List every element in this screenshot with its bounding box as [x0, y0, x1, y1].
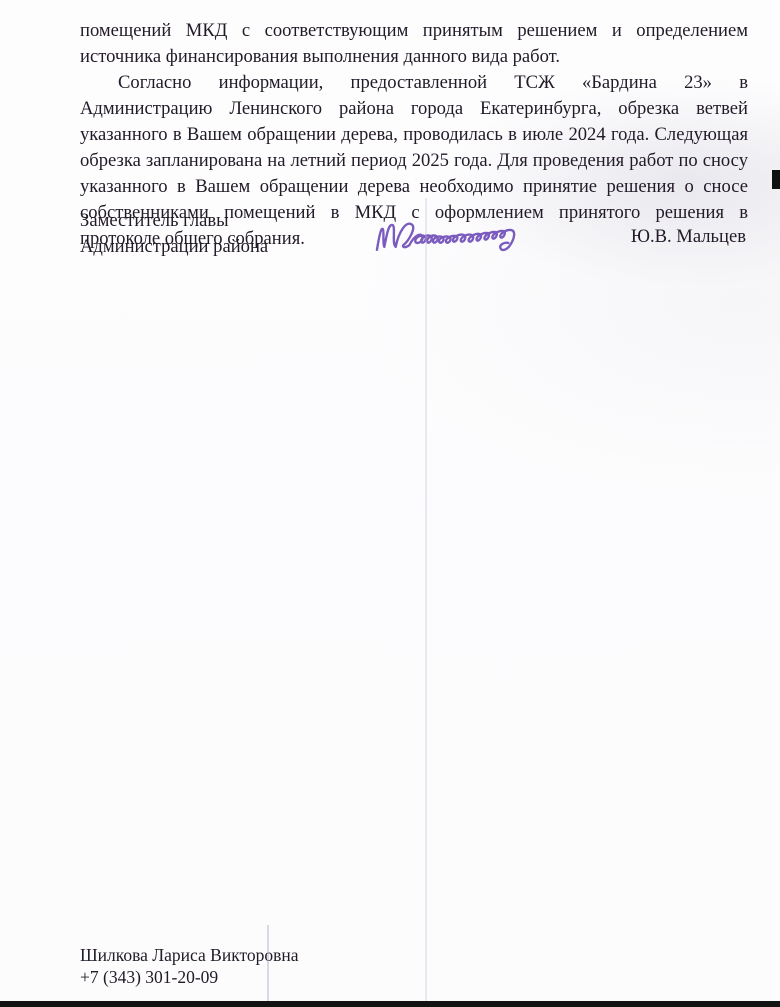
handwritten-signature	[372, 210, 530, 262]
signer-name: Ю.В. Мальцев	[631, 226, 746, 248]
scan-vertical-line-artifact	[425, 198, 427, 1007]
signature-block: Заместитель главы Администрации района Ю…	[80, 208, 748, 258]
executor-contact-block: Шилкова Лариса Викторовна +7 (343) 301-2…	[80, 944, 299, 988]
scan-bottom-black-bar	[0, 1001, 780, 1007]
scan-edge-black-mark	[772, 170, 780, 189]
executor-phone: +7 (343) 301-20-09	[80, 966, 299, 988]
paragraph-continuation: помещений МКД с соответствующим принятым…	[80, 18, 748, 70]
scanned-letter-page: помещений МКД с соответствующим принятым…	[0, 0, 780, 1007]
scan-vertical-line-artifact	[267, 925, 269, 1007]
signer-position-title: Заместитель главы Администрации района	[80, 208, 268, 260]
executor-name: Шилкова Лариса Викторовна	[80, 944, 299, 966]
